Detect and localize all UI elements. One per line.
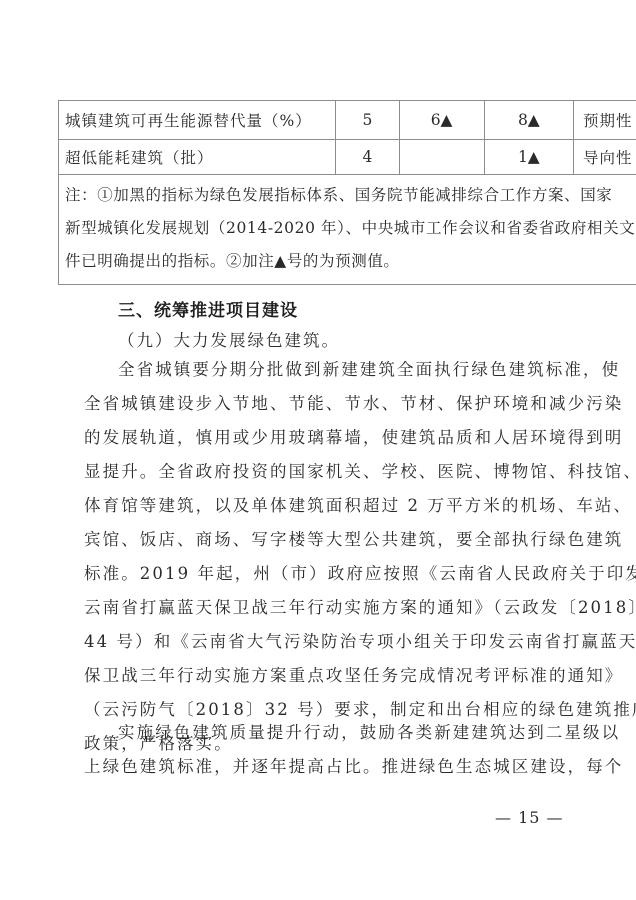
paragraph-line: 显提升。全省政府投资的国家机关、学校、医院、博物馆、科技馆、 bbox=[84, 455, 554, 489]
table-note: 注：①加黑的指标为绿色发展指标体系、国务院节能减排综合工作方案、国家 新型城镇化… bbox=[59, 175, 636, 285]
paragraph-line: 保卫战三年行动实施方案重点攻坚任务完成情况考评标准的通知》 bbox=[84, 659, 554, 693]
paragraph-line: 44 号）和《云南省大气污染防治专项小组关于印发云南省打赢蓝天 bbox=[84, 625, 554, 659]
note-line: 新型城镇化发展规划（2014-2020 年）、中央城市工作会议和省委省政府相关文 bbox=[65, 212, 635, 245]
indicator-name: 城镇建筑可再生能源替代量（%） bbox=[59, 101, 336, 140]
paragraph-line: 宾馆、饭店、商场、写字楼等大型公共建筑，要全部执行绿色建筑 bbox=[84, 523, 554, 557]
paragraph-line: 体育馆等建筑，以及单体建筑面积超过 2 万平方米的机场、车站、 bbox=[84, 489, 554, 523]
indicator-value-mid: 6▲ bbox=[399, 101, 484, 140]
paragraph-line: 上绿色建筑标准，并逐年提高占比。推进绿色生态城区建设，每个 bbox=[84, 750, 554, 784]
indicator-value-mid bbox=[399, 140, 484, 175]
body-paragraph: 全省城镇要分期分批做到新建建筑全面执行绿色建筑标准，使 全省城镇建设步入节地、节… bbox=[84, 353, 554, 761]
paragraph-line: 全省城镇建设步入节地、节能、节水、节材、保护环境和减少污染 bbox=[84, 387, 554, 421]
section-subheading: （九）大力发展绿色建筑。 bbox=[118, 327, 340, 351]
indicator-type: 导向性 bbox=[574, 140, 636, 175]
indicator-value-target: 1▲ bbox=[484, 140, 574, 175]
paragraph-line: 实施绿色建筑质量提升行动，鼓励各类新建建筑达到二星级以 bbox=[84, 716, 554, 750]
section-heading: 三、统筹推进项目建设 bbox=[118, 296, 298, 321]
indicator-value-baseline: 5 bbox=[336, 101, 399, 140]
indicator-name: 超低能耗建筑（批） bbox=[59, 140, 336, 175]
note-line: 注：①加黑的指标为绿色发展指标体系、国务院节能减排综合工作方案、国家 bbox=[65, 179, 635, 212]
indicator-table: 城镇建筑可再生能源替代量（%） 5 6▲ 8▲ 预期性 超低能耗建筑（批） 4 … bbox=[58, 100, 636, 285]
indicator-value-baseline: 4 bbox=[336, 140, 399, 175]
table-row: 超低能耗建筑（批） 4 1▲ 导向性 bbox=[59, 140, 636, 175]
page-number: — 15 — bbox=[495, 808, 564, 827]
indicator-type: 预期性 bbox=[574, 101, 636, 140]
note-line: 件已明确提出的指标。②加注▲号的为预测值。 bbox=[65, 245, 635, 278]
table-row: 城镇建筑可再生能源替代量（%） 5 6▲ 8▲ 预期性 bbox=[59, 101, 636, 140]
table-note-row: 注：①加黑的指标为绿色发展指标体系、国务院节能减排综合工作方案、国家 新型城镇化… bbox=[59, 175, 636, 285]
paragraph-line: 云南省打赢蓝天保卫战三年行动实施方案的通知》（云政发〔2018〕 bbox=[84, 591, 554, 625]
document-page: 城镇建筑可再生能源替代量（%） 5 6▲ 8▲ 预期性 超低能耗建筑（批） 4 … bbox=[0, 0, 636, 900]
indicator-value-target: 8▲ bbox=[484, 101, 574, 140]
paragraph-line: 的发展轨道，慎用或少用玻璃幕墙，使建筑品质和人居环境得到明 bbox=[84, 421, 554, 455]
paragraph-line: 标准。2019 年起，州（市）政府应按照《云南省人民政府关于印发 bbox=[84, 557, 554, 591]
body-paragraph: 实施绿色建筑质量提升行动，鼓励各类新建建筑达到二星级以 上绿色建筑标准，并逐年提… bbox=[84, 716, 554, 784]
paragraph-line: 全省城镇要分期分批做到新建建筑全面执行绿色建筑标准，使 bbox=[84, 353, 554, 387]
